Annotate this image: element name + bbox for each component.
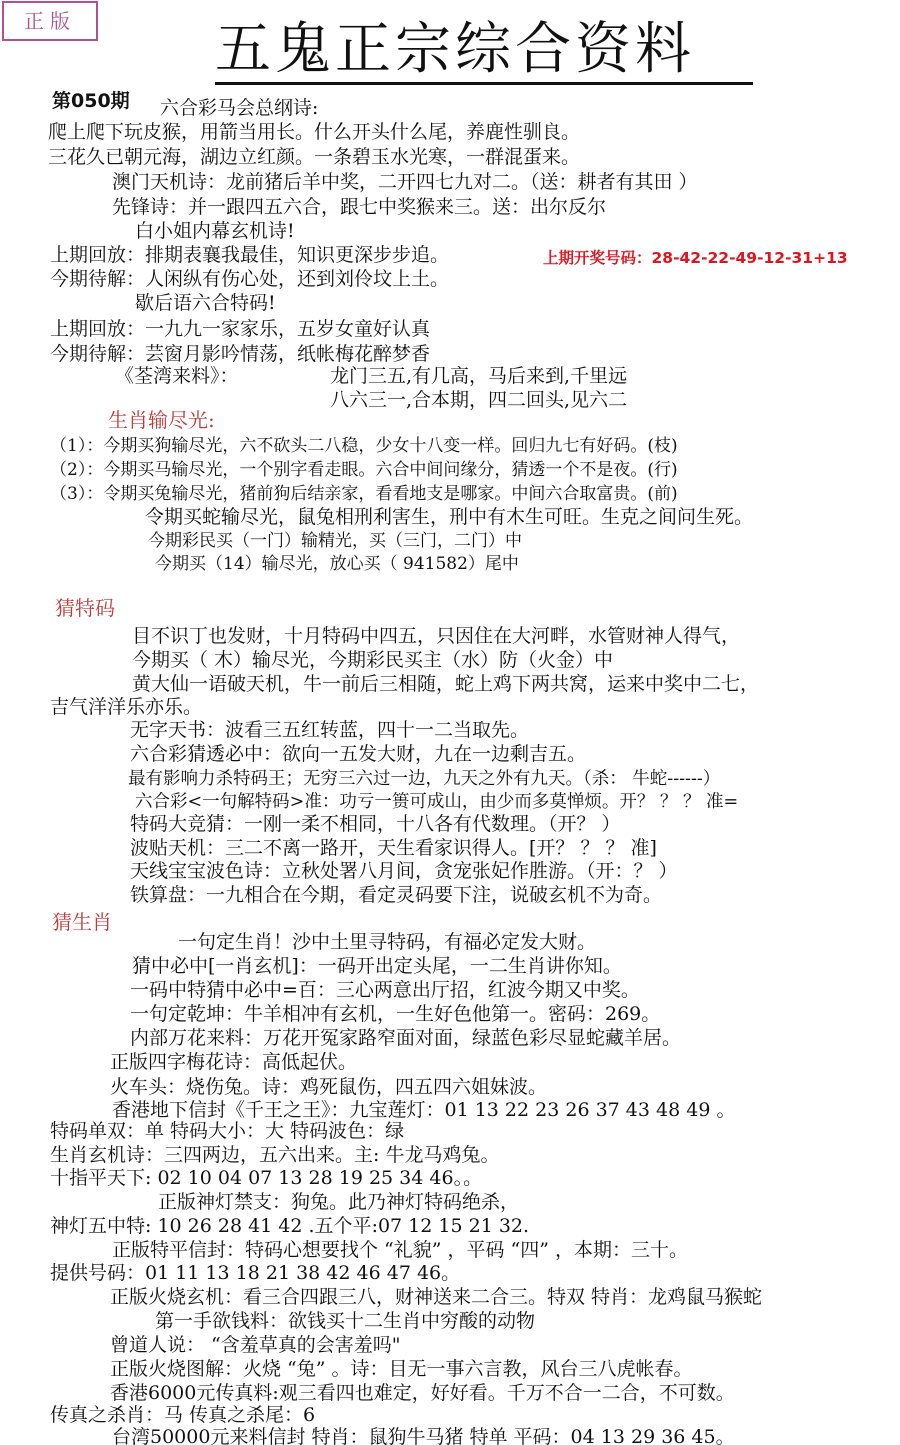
text-line: 今期彩民买（一门）输精光，买（三门，二门）中	[148, 529, 522, 553]
text-line: 特码单双：单 特码大小：大 特码波色：绿	[50, 1119, 404, 1143]
text-line: 令期买蛇输尽光，鼠兔相刑利害生，刑中有木生可旺。生克之间问生死。	[145, 505, 753, 529]
text-line: 生肖玄机诗：三四两边，五六出来。主: 牛龙马鸡兔。	[50, 1143, 499, 1167]
text-line: 上期回放：一九九一家家乐，五岁女童好认真	[50, 317, 430, 341]
section-heading-zodiac-lose: 生肖输尽光:	[108, 404, 215, 433]
text-line: 六合彩猜透必中：欲向一五发大财，九在一边剩吉五。	[130, 742, 586, 766]
text-line: 先锋诗：并一跟四五六合，跟七中奖猴来三。送：出尔反尔	[112, 195, 606, 219]
text-line: 黄大仙一语破天机，牛一前后三相随，蛇上鸡下两共窝，运来中奖中二七，	[132, 672, 759, 696]
text-line: 曾道人说： “含羞草真的会害羞吗"	[110, 1333, 401, 1357]
text-line: 澳门天机诗：龙前猪后羊中奖，二开四七九对二。（送：耕者有其田 ）	[112, 170, 698, 194]
last-draw-numbers: 上期开奖号码：28-42-22-49-12-31+13	[543, 246, 848, 268]
genuine-badge: 正版	[2, 1, 98, 41]
text-line: 正版四字梅花诗：高低起伏。	[110, 1050, 357, 1074]
text-line: （2）：今期买马输尽光，一个别字看走眼。六合中间问缘分，猜透一个不是夜。(行)	[50, 458, 678, 482]
text-line: 十指平天下: 02 10 04 07 13 28 19 25 34 46。。	[50, 1166, 482, 1190]
text-line: 一码中特猜中必中=百：三心两意出厅招，红波今期又中奖。	[130, 978, 640, 1002]
text-line: 波贴天机：三二不离一路开，天生看家识得人。[开？ ？ ？ 准]	[130, 836, 657, 860]
text-line: 台湾50000元来料信封 特肖：鼠狗牛马猪 特单 平码：04 13 29 36 …	[112, 1425, 735, 1445]
text-line: 白小姐内幕玄机诗!	[135, 219, 295, 243]
text-line: 目不识丁也发财，十月特码中四五，只因住在大河畔，水管财神人得气，	[132, 624, 740, 648]
text-line: 歇后语六合特码!	[135, 291, 276, 315]
text-line: 今期买（ 木）输尽光，今期彩民买主（水）防（火金）中	[132, 648, 613, 672]
text-line: 正版火烧图解：火烧 “兔” 。诗：目无一事六言教，风台三八虎帐春。	[110, 1357, 693, 1381]
text-line: 爬上爬下玩皮猴，用箭当用长。什么开头什么尾，养鹿性驯良。	[48, 120, 580, 144]
page-title: 五鬼正宗综合资料	[215, 18, 753, 85]
text-line: 特码大竞猜：一刚一柔不相同，十八各有代数理。（开？ ）	[130, 812, 621, 836]
text-line: 一句定乾坤：牛羊相冲有玄机，一生好色他第一。密码：269。	[130, 1002, 660, 1026]
text-line: 无字天书：波看三五红转蓝，四十一二当取先。	[130, 718, 529, 742]
text-line: （1）：今期买狗输尽光，六不砍头二八稳，少女十八变一样。回归九七有好码。(枝)	[50, 434, 678, 458]
text-line: 神灯五中特: 10 26 28 41 42 .五个平:07 12 15 21 3…	[50, 1214, 529, 1238]
text-line: 《荃湾来料》：	[115, 364, 239, 388]
text-line: 正版神灯禁支：狗兔。此乃神灯特码绝杀，	[158, 1190, 519, 1214]
text-line: 今期待解：芸窗月影吟情荡，纸帐梅花醉梦香	[50, 342, 430, 366]
text-line: 龙门三五,有几高，马后来到,千里远	[330, 364, 627, 388]
poem-heading: 六合彩马会总纲诗:	[160, 96, 318, 120]
text-line: 香港6000元传真料:观三看四也难定，好好看。千万不合一二合，不可数。	[110, 1381, 735, 1405]
text-line: （3）：令期买兔输尽光，猪前狗后结亲家，看看地支是哪家。中间六合取富贵。(前)	[50, 482, 678, 506]
text-line: 八六三一,合本期，四二回头,见六二	[330, 388, 627, 412]
text-line: 正版特平信封：特码心想要找个 “礼貌” ，平码 “四” ，本期：三十。	[112, 1238, 688, 1262]
text-line: 上期回放：排期表襄我最佳，知识更深步步追。	[50, 243, 449, 267]
text-line: 正版火烧玄机：看三合四跟三八，财神送来二合三。特双 特肖：龙鸡鼠马猴蛇	[110, 1285, 762, 1309]
text-line: 天线宝宝波色诗：立秋处署八月间，贪宠张妃作胜游。（开：？ ）	[130, 859, 678, 883]
text-line: 最有影响力杀特码王；无穷三六过一边，九天之外有九天。（杀： 牛蛇------）	[128, 767, 720, 791]
section-heading-guess-zodiac: 猜生肖	[52, 906, 112, 935]
text-line: 火车头：烧伤兔。诗：鸡死鼠伤，四五四六姐妹波。	[110, 1075, 547, 1099]
text-line: 猜中必中[一肖玄机]：一码开出定头尾，一二生肖讲你知。	[132, 954, 622, 978]
text-line: 六合彩<一句解特码>准：功亏一篑可成山，由少而多莫惮烦。开？ ？ ？ 准=	[135, 790, 738, 814]
text-line: 铁算盘：一九相合在今期，看定灵码要下注，说破玄机不为奇。	[130, 883, 662, 907]
text-line: 提供号码：01 11 13 18 21 38 42 46 47 46。	[50, 1261, 460, 1285]
text-line: 吉气洋洋乐亦乐。	[50, 695, 202, 719]
section-heading-guess-special: 猜特码	[55, 592, 115, 621]
text-line: 今期买（14）输尽光，放心买（ 941582）尾中	[155, 552, 519, 576]
text-line: 传真之杀肖：马 传真之杀尾：6	[50, 1403, 315, 1427]
text-line: 第一手欲钱料：欲钱买十二生肖中穷酸的动物	[155, 1309, 535, 1333]
text-line: 今期待解：人闲纵有伤心处，还到刘伶坟上土。	[50, 267, 449, 291]
text-line: 内部万花来料：万花开冤家路窄面对面，绿蓝色彩尽显蛇藏羊居。	[130, 1026, 681, 1050]
text-line: 三花久已朝元海，湖边立红颜。一条碧玉水光寒，一群混蛋来。	[48, 145, 580, 169]
text-line: 一句定生肖！沙中土里寻特码，有福必定发大财。	[178, 930, 596, 954]
issue-number: 第050期	[52, 86, 130, 113]
